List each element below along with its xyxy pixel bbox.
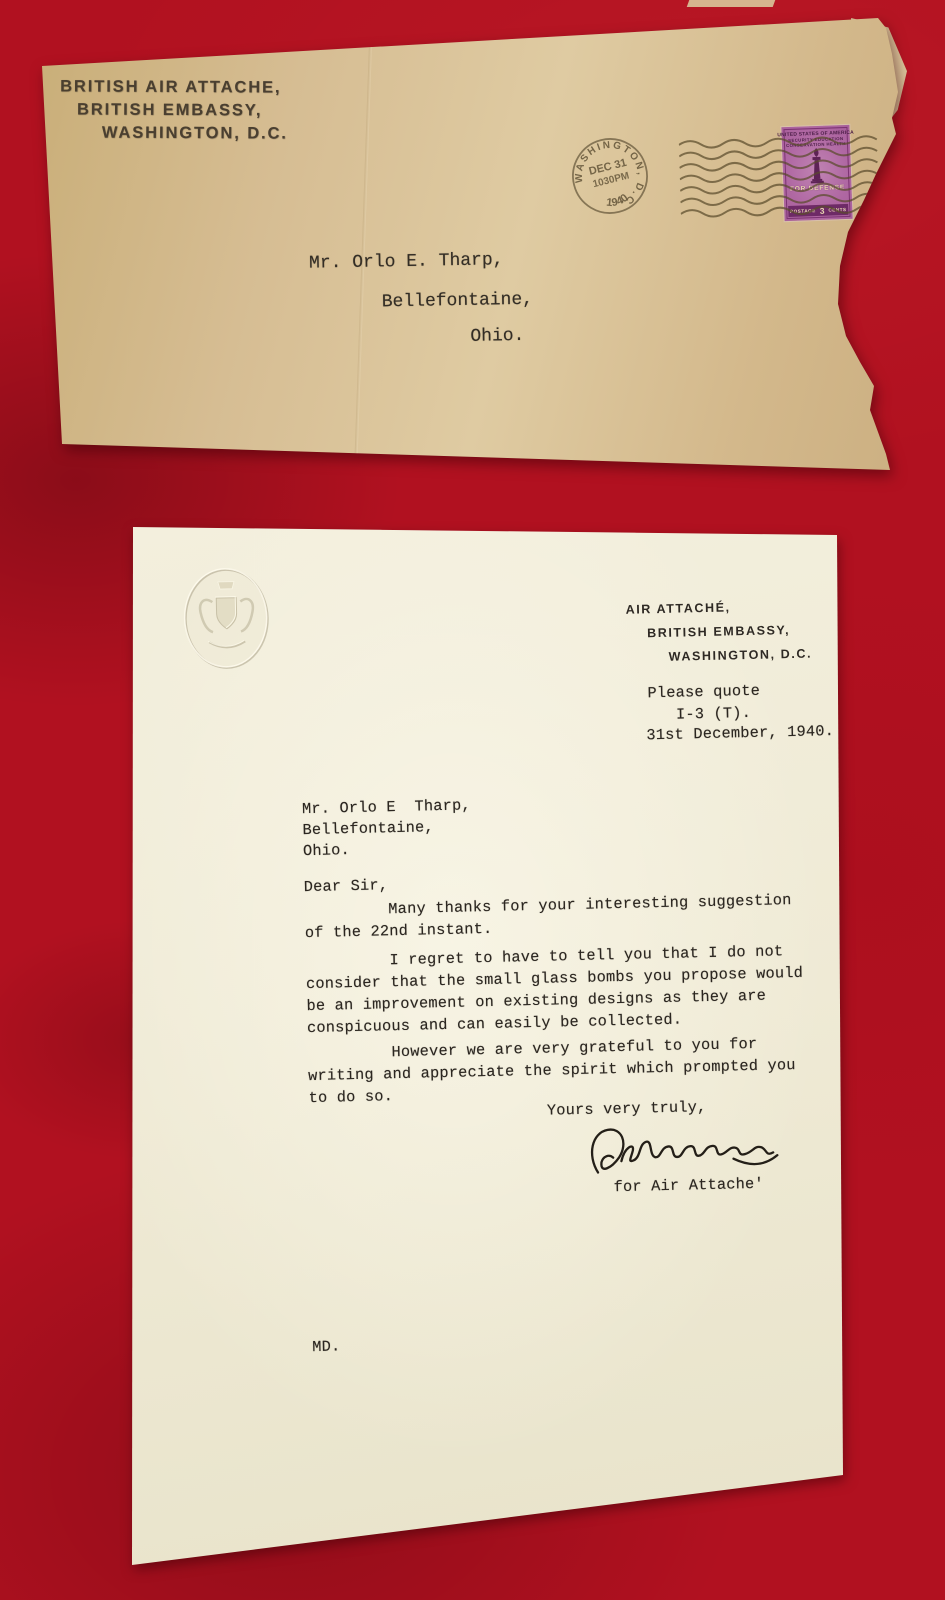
salutation: Dear Sir,	[304, 876, 389, 896]
body-line: conspicuous and can easily be collected.	[307, 1011, 682, 1038]
letter: AIR ATTACHÉ, BRITISH EMBASSY, WASHINGTON…	[132, 526, 844, 1566]
recipient-line-2: Bellefontaine,	[302, 818, 434, 839]
reference-quote-number: I-3 (T).	[676, 704, 751, 724]
envelope-address-line-3: Ohio.	[470, 326, 524, 347]
letter-content: AIR ATTACHÉ, BRITISH EMBASSY, WASHINGTON…	[121, 518, 856, 1574]
signature-title: for Air Attache'	[614, 1175, 764, 1196]
envelope-address-line-1: Mr. Orlo E. Tharp,	[309, 250, 504, 273]
typist-initials: MD.	[312, 1337, 341, 1356]
envelope-paper: BRITISH AIR ATTACHE, BRITISH EMBASSY, WA…	[40, 14, 902, 480]
body-line: writing and appreciate the spirit which …	[308, 1056, 796, 1085]
return-address-line-2: BRITISH EMBASSY,	[60, 98, 288, 122]
cancellation-wavy-lines-icon	[679, 131, 894, 237]
body-line: Many thanks for your interesting suggest…	[388, 891, 792, 918]
return-address-line-3: WASHINGTON, D.C.	[60, 121, 288, 145]
embossed-royal-seal-icon	[177, 563, 275, 675]
envelope-recipient-address: Mr. Orlo E. Tharp, Bellefontaine, Ohio.	[307, 244, 729, 381]
envelope-address-line-2: Bellefontaine,	[382, 290, 534, 313]
postmark: WASHINGTON, D.C. DEC 31 1030PM 1940	[525, 91, 695, 261]
letter-paper: AIR ATTACHÉ, BRITISH EMBASSY, WASHINGTON…	[132, 526, 844, 1566]
recipient-line-1: Mr. Orlo E Tharp,	[302, 796, 471, 818]
letter-date: 31st December, 1940.	[646, 722, 834, 744]
envelope: BRITISH AIR ATTACHE, BRITISH EMBASSY, WA…	[40, 14, 902, 480]
letterhead-line-1: AIR ATTACHÉ,	[625, 600, 730, 616]
return-address-line-1: BRITISH AIR ATTACHE,	[60, 75, 288, 99]
body-line: to do so.	[308, 1087, 393, 1107]
photo-edge-artifact	[687, 0, 776, 7]
letterhead-line-2: BRITISH EMBASSY,	[647, 623, 790, 640]
envelope-return-address: BRITISH AIR ATTACHE, BRITISH EMBASSY, WA…	[60, 75, 288, 145]
reference-quote-label: Please quote	[647, 682, 760, 703]
recipient-line-3: Ohio.	[303, 841, 350, 860]
letterhead-line-3: WASHINGTON, D.C.	[669, 647, 813, 664]
body-line: of the 22nd instant.	[305, 920, 493, 942]
